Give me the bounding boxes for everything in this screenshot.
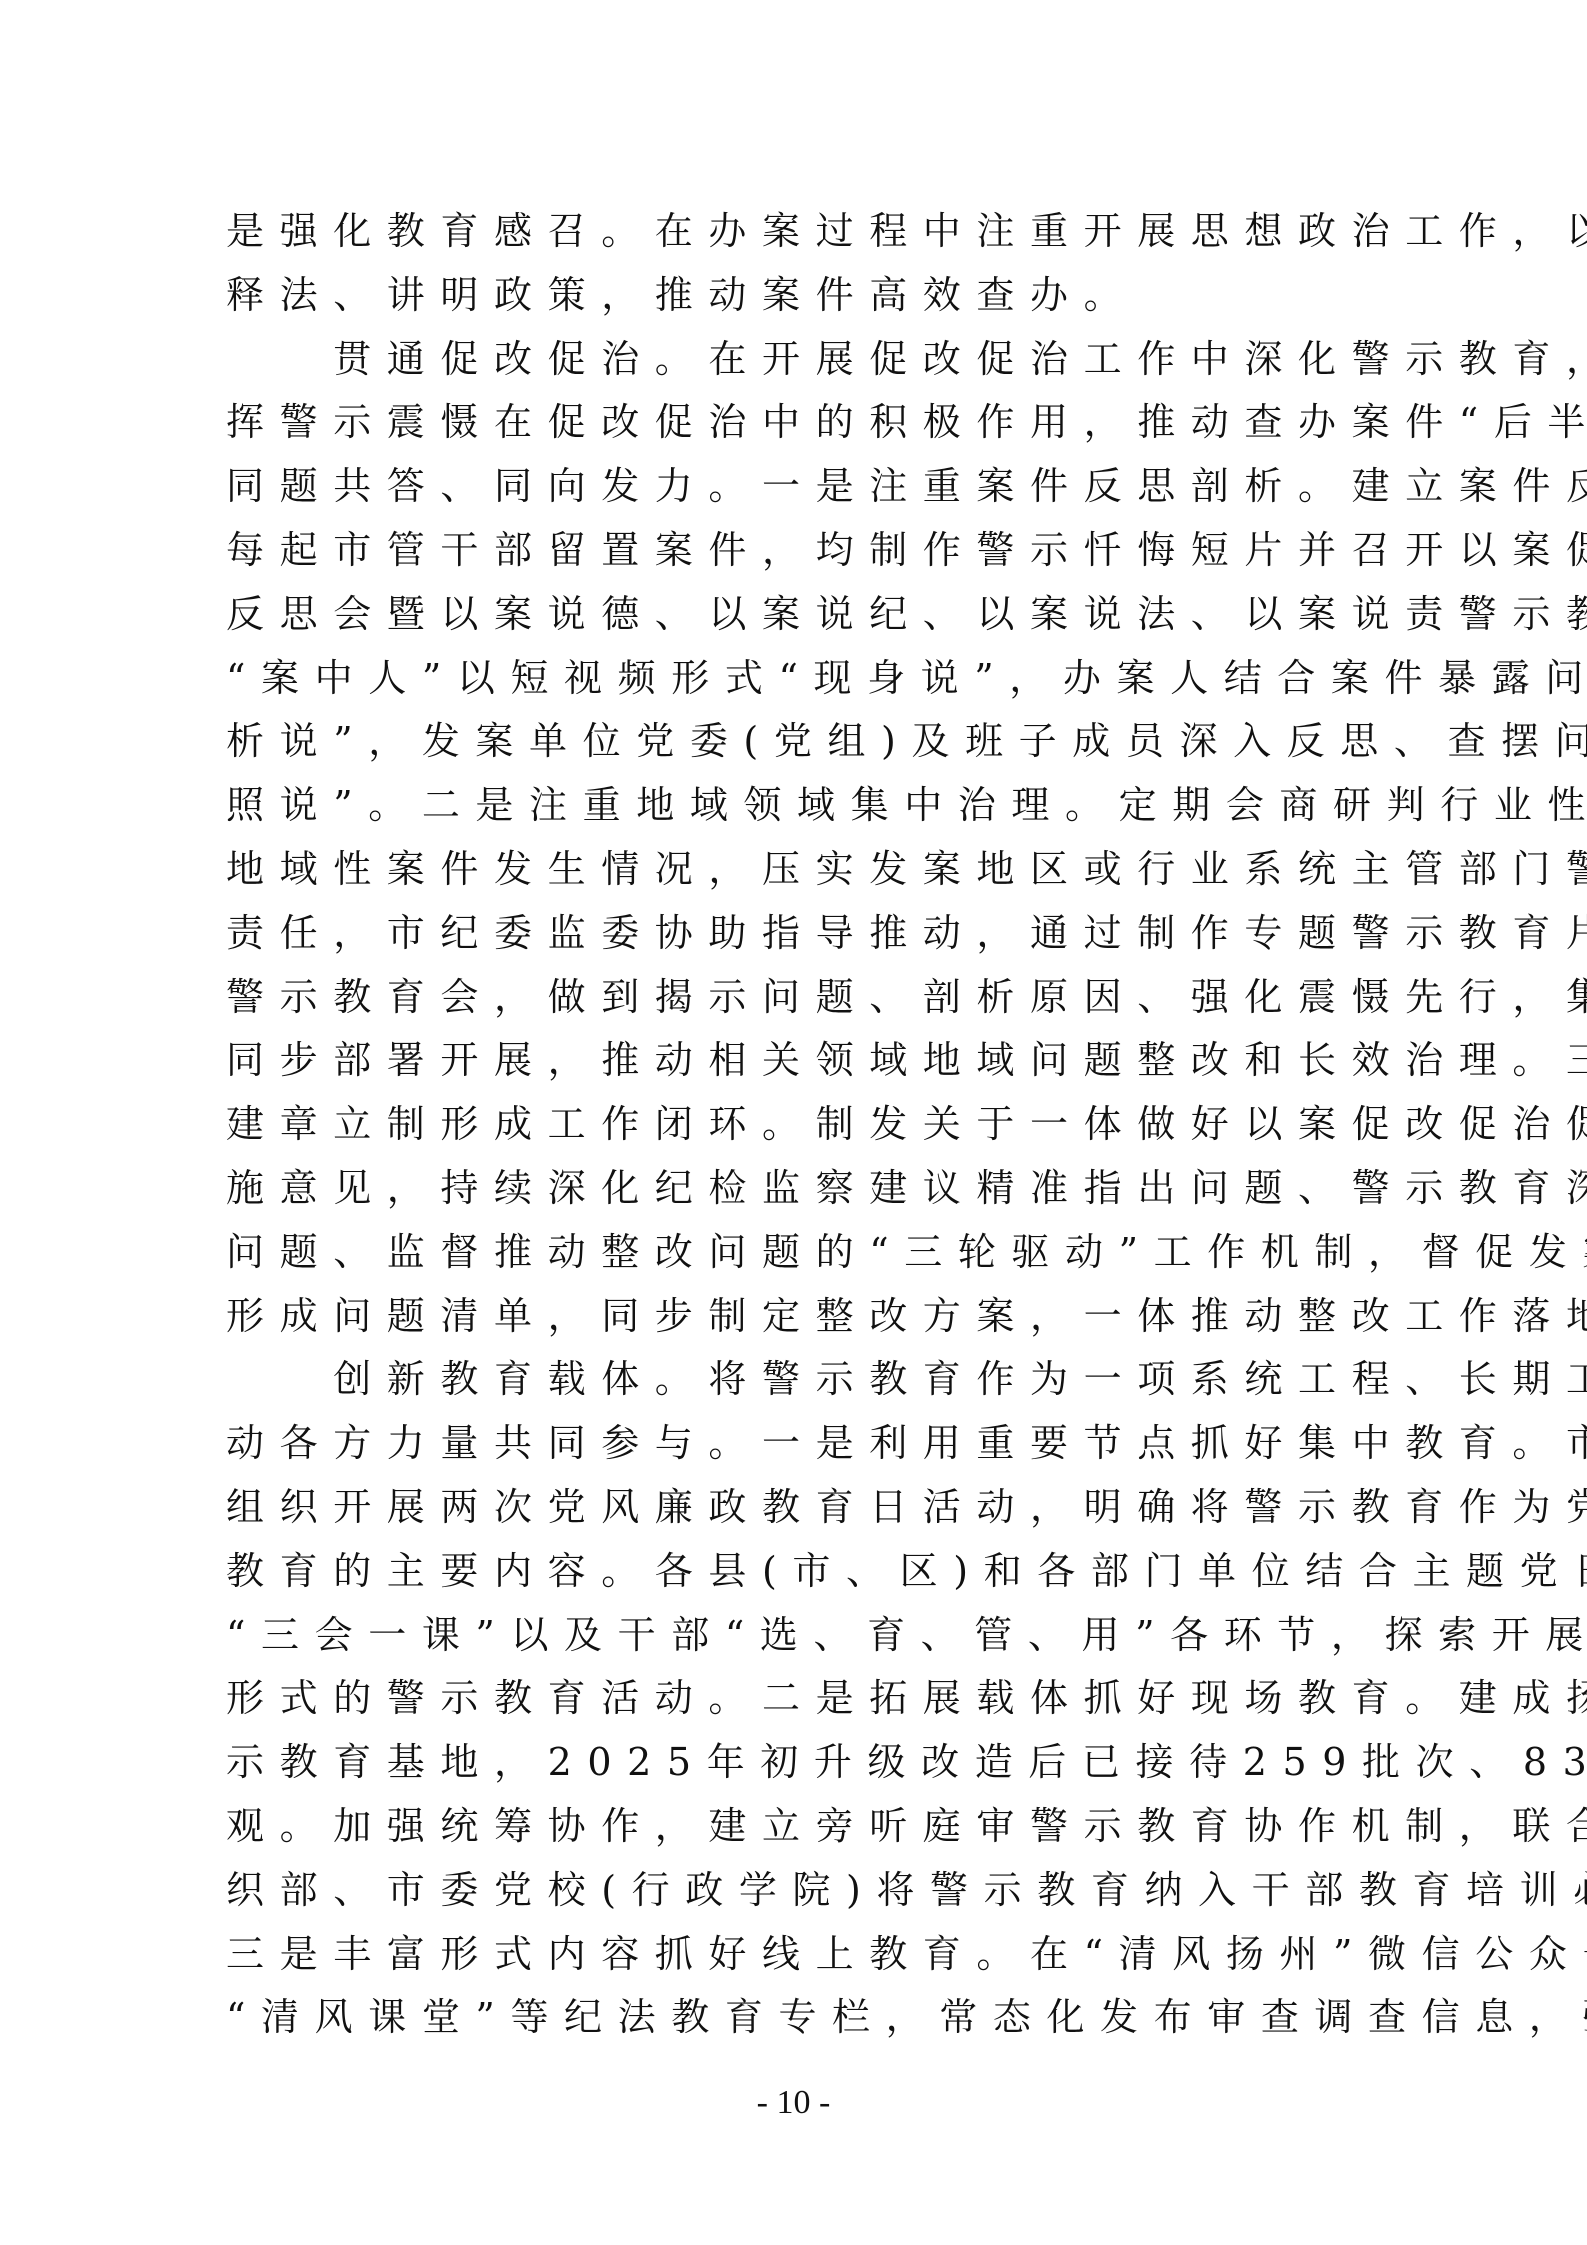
document-page: 是强化教育感召。在办案过程中注重开展思想政治工作，以案释纪 释法、讲明政策，推动… bbox=[0, 0, 1587, 2245]
paragraph-heading-line: 创新教育载体。将警示教育作为一项系统工程、长期工程，调 bbox=[226, 1348, 1386, 1412]
text-line: “案中人”以短视频形式“现身说”，办案人结合案件暴露问题“剖 bbox=[226, 647, 1386, 711]
text-line: “清风课堂”等纪法教育专栏，常态化发布审查调查信息，强化震 bbox=[226, 1986, 1386, 2050]
text-line: 反思会暨以案说德、以案说纪、以案说法、以案说责警示教育会， bbox=[226, 583, 1386, 647]
text-line: 同题共答、同向发力。一是注重案件反思剖析。建立案件反思制度， bbox=[226, 455, 1386, 519]
text-line: 建章立制形成工作闭环。制发关于一体做好以案促改促治促教的实 bbox=[226, 1093, 1386, 1157]
text-line: 三是丰富形式内容抓好线上教育。在“清风扬州”微信公众号推出 bbox=[226, 1923, 1386, 1987]
text-line: 每起市管干部留置案件，均制作警示忏悔短片并召开以案促改促治 bbox=[226, 519, 1386, 583]
text-line: 照说”。二是注重地域领域集中治理。定期会商研判行业性系统性 bbox=[226, 774, 1386, 838]
text-line: 挥警示震慑在促改促治中的积极作用，推动查办案件“后半篇文章” bbox=[226, 391, 1386, 455]
page-number: - 10 - bbox=[0, 2080, 1587, 2126]
text-line: “三会一课”以及干部“选、育、管、用”各环节，探索开展多种 bbox=[226, 1604, 1386, 1668]
text-line: 施意见，持续深化纪检监察建议精准指出问题、警示教育深入剖析 bbox=[226, 1157, 1386, 1221]
text-line: 形式的警示教育活动。二是拓展载体抓好现场教育。建成扬州市警 bbox=[226, 1667, 1386, 1731]
text-line: 责任，市纪委监委协助指导推动，通过制作专题警示教育片、召开 bbox=[226, 902, 1386, 966]
text-line: 问题、监督推动整改问题的“三轮驱动”工作机制，督促发案单位 bbox=[226, 1221, 1386, 1285]
text-line: 释法、讲明政策，推动案件高效查办。 bbox=[226, 264, 1386, 328]
text-line: 形成问题清单，同步制定整改方案，一体推动整改工作落地落实。 bbox=[226, 1285, 1386, 1349]
text-line: 示教育基地，2025年初升级改造后已接待259批次、8373人次参 bbox=[226, 1731, 1386, 1795]
text-line: 观。加强统筹协作，建立旁听庭审警示教育协作机制，联合市委组 bbox=[226, 1795, 1386, 1859]
text-line: 教育的主要内容。各县(市、区)和各部门单位结合主题党日活动、 bbox=[226, 1540, 1386, 1604]
text-line: 同步部署开展，推动相关领域地域问题整改和长效治理。三是注重 bbox=[226, 1029, 1386, 1093]
body-text: 是强化教育感召。在办案过程中注重开展思想政治工作，以案释纪 释法、讲明政策，推动… bbox=[226, 200, 1386, 2050]
text-line: 动各方力量共同参与。一是利用重要节点抓好集中教育。市委每年 bbox=[226, 1412, 1386, 1476]
paragraph-heading-line: 贯通促改促治。在开展促改促治工作中深化警示教育，充分发 bbox=[226, 328, 1386, 392]
text-line: 地域性案件发生情况，压实发案地区或行业系统主管部门警示教育 bbox=[226, 838, 1386, 902]
text-line: 析说”，发案单位党委(党组)及班子成员深入反思、查摆问题“对 bbox=[226, 710, 1386, 774]
text-line: 警示教育会，做到揭示问题、剖析原因、强化震慑先行，集中治理 bbox=[226, 966, 1386, 1030]
text-line: 织部、市委党校(行政学院)将警示教育纳入干部教育培训必选内容。 bbox=[226, 1859, 1386, 1923]
text-line: 组织开展两次党风廉政教育日活动，明确将警示教育作为党风廉政 bbox=[226, 1476, 1386, 1540]
text-line: 是强化教育感召。在办案过程中注重开展思想政治工作，以案释纪 bbox=[226, 200, 1386, 264]
